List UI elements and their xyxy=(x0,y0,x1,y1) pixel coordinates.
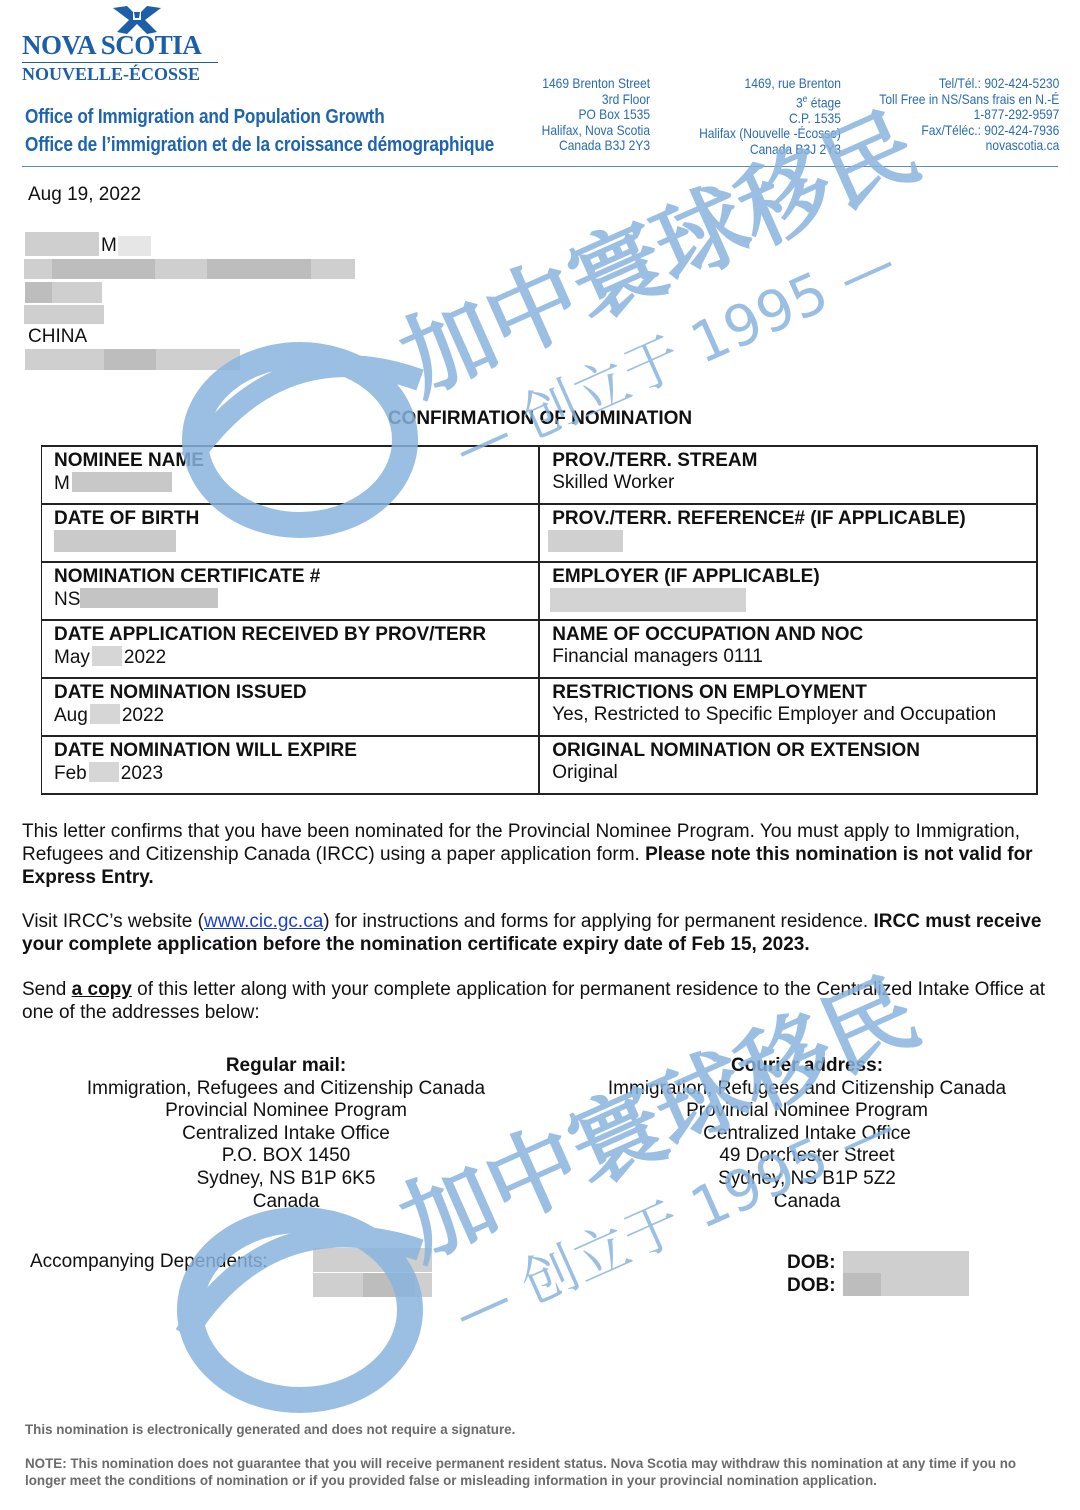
cell-label: DATE OF BIRTH xyxy=(54,508,526,530)
cell-value: May2022 xyxy=(54,646,526,669)
paragraph-confirmation: This letter confirms that you have been … xyxy=(22,820,1052,889)
regular-mail-heading: Regular mail: xyxy=(56,1055,516,1078)
address-line: 3rd Floor xyxy=(542,92,650,108)
cell-value: Feb2023 xyxy=(54,762,526,785)
toll-free-label: Toll Free in NS/Sans frais en N.-É xyxy=(879,92,1059,108)
table-cell-stream: PROV./TERR. STREAM Skilled Worker xyxy=(539,446,1037,504)
regular-mail-address: Regular mail: Immigration, Refugees and … xyxy=(56,1055,516,1213)
dob-label: DOB: xyxy=(787,1252,836,1274)
website[interactable]: novascotia.ca xyxy=(879,138,1059,154)
logo-name-en: NOVA SCOTIA xyxy=(22,30,201,61)
courier-heading: Courier address: xyxy=(577,1055,1037,1078)
cell-value: M xyxy=(54,472,526,495)
address-line: 1469 Brenton Street xyxy=(542,76,650,92)
address-line: Centralized Intake Office xyxy=(577,1123,1037,1146)
office-name: Office of Immigration and Population Gro… xyxy=(25,103,494,159)
address-line: Canada xyxy=(577,1191,1037,1214)
address-french: 1469, rue Brenton 3e étage C.P. 1535 Hal… xyxy=(699,76,841,158)
dob-label: DOB: xyxy=(787,1275,836,1297)
nomination-details-table: NOMINEE NAME M PROV./TERR. STREAM Skille… xyxy=(41,445,1038,795)
table-cell-date-issued: DATE NOMINATION ISSUED Aug2022 xyxy=(42,678,540,736)
legal-note: NOTE: This nomination does not guarantee… xyxy=(25,1455,1055,1489)
address-english: 1469 Brenton Street 3rd Floor PO Box 153… xyxy=(542,76,650,154)
table-cell-nominee-name: NOMINEE NAME M xyxy=(42,446,540,504)
redacted-block xyxy=(843,1251,969,1273)
table-cell-employer: EMPLOYER (IF APPLICABLE) xyxy=(539,562,1037,620)
table-cell-original-or-extension: ORIGINAL NOMINATION OR EXTENSION Origina… xyxy=(539,736,1037,794)
header-divider xyxy=(22,166,1058,167)
address-line: P.O. BOX 1450 xyxy=(56,1145,516,1168)
table-row: DATE OF BIRTH PROV./TERR. REFERENCE# (IF… xyxy=(42,504,1038,562)
courier-address: Courier address: Immigration, Refugees a… xyxy=(577,1055,1037,1213)
address-line: Centralized Intake Office xyxy=(56,1123,516,1146)
table-row: NOMINATION CERTIFICATE # NS EMPLOYER (IF… xyxy=(42,562,1038,620)
ircc-website-link[interactable]: www.cic.gc.ca xyxy=(204,911,323,932)
signature-note: This nomination is electronically genera… xyxy=(25,1421,1055,1438)
cell-label: NOMINATION CERTIFICATE # xyxy=(54,566,526,588)
address-line: Provincial Nominee Program xyxy=(56,1100,516,1123)
recipient-country: CHINA xyxy=(28,326,87,348)
table-cell-date-of-birth: DATE OF BIRTH xyxy=(42,504,540,562)
address-line: Canada xyxy=(56,1191,516,1214)
table-cell-certificate: NOMINATION CERTIFICATE # NS xyxy=(42,562,540,620)
table-cell-date-expire: DATE NOMINATION WILL EXPIRE Feb2023 xyxy=(42,736,540,794)
redacted-block xyxy=(25,282,52,303)
redacted-block xyxy=(72,472,172,492)
cell-label: DATE NOMINATION ISSUED xyxy=(54,682,526,704)
redacted-block xyxy=(363,1273,415,1297)
cell-label: NOMINEE NAME xyxy=(54,450,526,472)
table-row: NOMINEE NAME M PROV./TERR. STREAM Skille… xyxy=(42,446,1038,504)
address-line: C.P. 1535 xyxy=(699,111,841,127)
redacted-block xyxy=(207,259,311,279)
redacted-block xyxy=(89,762,119,782)
phone: Tel/Tél.: 902-424-5230 xyxy=(879,76,1059,92)
redacted-block xyxy=(90,704,120,724)
cell-label: ORIGINAL NOMINATION OR EXTENSION xyxy=(552,740,1024,762)
office-name-en: Office of Immigration and Population Gro… xyxy=(25,103,494,131)
paragraph-website: Visit IRCC’s website (www.cic.gc.ca) for… xyxy=(22,910,1052,956)
address-line: Sydney, NS B1P 5Z2 xyxy=(577,1168,1037,1191)
address-line: Provincial Nominee Program xyxy=(577,1100,1037,1123)
cell-label: DATE NOMINATION WILL EXPIRE xyxy=(54,740,526,762)
cell-value xyxy=(54,530,526,555)
table-row: DATE NOMINATION ISSUED Aug2022 RESTRICTI… xyxy=(42,678,1038,736)
cell-label: NAME OF OCCUPATION AND NOC xyxy=(552,624,1024,646)
nova-scotia-logo: NOVA SCOTIA NOUVELLE-ÉCOSSE xyxy=(22,4,222,84)
redacted-block xyxy=(54,530,176,552)
redacted-block xyxy=(843,1273,881,1296)
table-cell-restrictions: RESTRICTIONS ON EMPLOYMENT Yes, Restrict… xyxy=(539,678,1037,736)
cell-value: Skilled Worker xyxy=(552,472,1024,494)
cell-label: RESTRICTIONS ON EMPLOYMENT xyxy=(552,682,1024,704)
accompanying-dependents-label: Accompanying Dependents: xyxy=(30,1251,268,1273)
address-line: 49 Dorchester Street xyxy=(577,1145,1037,1168)
document-title: CONFIRMATION OF NOMINATION xyxy=(0,408,1080,430)
redacted-block xyxy=(550,588,746,612)
redacted-block xyxy=(104,349,156,370)
toll-free-number: 1-877-292-9597 xyxy=(879,107,1059,123)
cell-label: PROV./TERR. STREAM xyxy=(552,450,1024,472)
cell-label: PROV./TERR. REFERENCE# (IF APPLICABLE) xyxy=(552,508,1024,530)
paragraph-send-copy: Send a copy of this letter along with yo… xyxy=(22,978,1052,1024)
table-cell-occupation: NAME OF OCCUPATION AND NOC Financial man… xyxy=(539,620,1037,678)
address-line: Sydney, NS B1P 6K5 xyxy=(56,1168,516,1191)
address-line: 3e étage xyxy=(699,92,841,111)
address-line: Canada B3J 2Y3 xyxy=(542,138,650,154)
redacted-block xyxy=(118,236,151,256)
redacted-block xyxy=(313,1248,432,1272)
cell-value: NS xyxy=(54,588,526,611)
address-line: Immigration, Refugees and Citizenship Ca… xyxy=(56,1078,516,1101)
table-cell-reference: PROV./TERR. REFERENCE# (IF APPLICABLE) xyxy=(539,504,1037,562)
table-cell-date-received: DATE APPLICATION RECEIVED BY PROV/TERR M… xyxy=(42,620,540,678)
cell-label: DATE APPLICATION RECEIVED BY PROV/TERR xyxy=(54,624,526,646)
redacted-block xyxy=(548,530,623,552)
redacted-block xyxy=(24,305,104,324)
logo-name-fr: NOUVELLE-ÉCOSSE xyxy=(22,64,200,85)
table-row: DATE NOMINATION WILL EXPIRE Feb2023 ORIG… xyxy=(42,736,1038,794)
address-line: PO Box 1535 xyxy=(542,107,650,123)
letter-date: Aug 19, 2022 xyxy=(28,184,141,206)
redacted-block xyxy=(52,259,155,279)
redacted-block xyxy=(25,232,99,256)
table-row: DATE APPLICATION RECEIVED BY PROV/TERR M… xyxy=(42,620,1038,678)
address-line: Immigration, Refugees and Citizenship Ca… xyxy=(577,1078,1037,1101)
office-name-fr: Office de l’immigration et de la croissa… xyxy=(25,131,494,159)
recipient-initial: M xyxy=(101,235,117,257)
redacted-block xyxy=(80,588,218,608)
cell-value: Financial managers 0111 xyxy=(552,646,1024,668)
fax: Fax/Téléc.: 902-424-7936 xyxy=(879,123,1059,139)
logo-divider xyxy=(22,62,218,63)
address-line: Halifax (Nouvelle -Écosse) xyxy=(699,126,841,142)
cell-value: Yes, Restricted to Specific Employer and… xyxy=(552,704,1024,726)
redacted-block xyxy=(92,646,122,666)
cell-value: Aug2022 xyxy=(54,704,526,727)
cell-label: EMPLOYER (IF APPLICABLE) xyxy=(552,566,1024,588)
address-line: Canada B3J 2Y3 xyxy=(699,142,841,158)
address-line: Halifax, Nova Scotia xyxy=(542,123,650,139)
globe-icon xyxy=(185,1220,420,1400)
contact-info: Tel/Tél.: 902-424-5230 Toll Free in NS/S… xyxy=(879,76,1059,154)
cell-value xyxy=(552,588,1024,615)
cell-value: Original xyxy=(552,762,1024,784)
address-line: 1469, rue Brenton xyxy=(699,76,841,92)
cell-value xyxy=(552,530,1024,555)
